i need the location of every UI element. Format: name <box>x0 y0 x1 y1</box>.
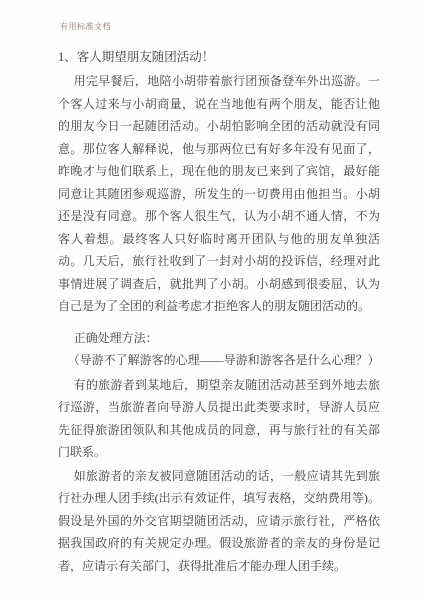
case-paragraph: 用完早餐后，地陪小胡带着旅行团预备登车外出巡游。一个客人过来与小胡商量，说在当地… <box>58 70 380 318</box>
watermark-label: 有用标准文档 <box>60 22 380 32</box>
document-title: 1、客人期望朋友随团活动！ <box>58 46 380 68</box>
section-heading: 正确处理方法： <box>58 327 380 350</box>
method-paragraph-1: 有的旅游者到某地后，期望亲友随团活动甚至到外地去旅行巡游，当旅游者向导游人员提出… <box>58 374 380 464</box>
method-paragraph-2: 如旅游者的亲友被同意随团活动的话，一般应请其先到旅行社办理人团手续(出示有效证件… <box>58 465 380 578</box>
section-note: （导游不了解游客的心理——导游和游客各是什么心理？） <box>58 349 380 372</box>
document-page: 有用标准文档 1、客人期望朋友随团活动！ 用完早餐后，地陪小胡带着旅行团预备登车… <box>0 0 424 600</box>
